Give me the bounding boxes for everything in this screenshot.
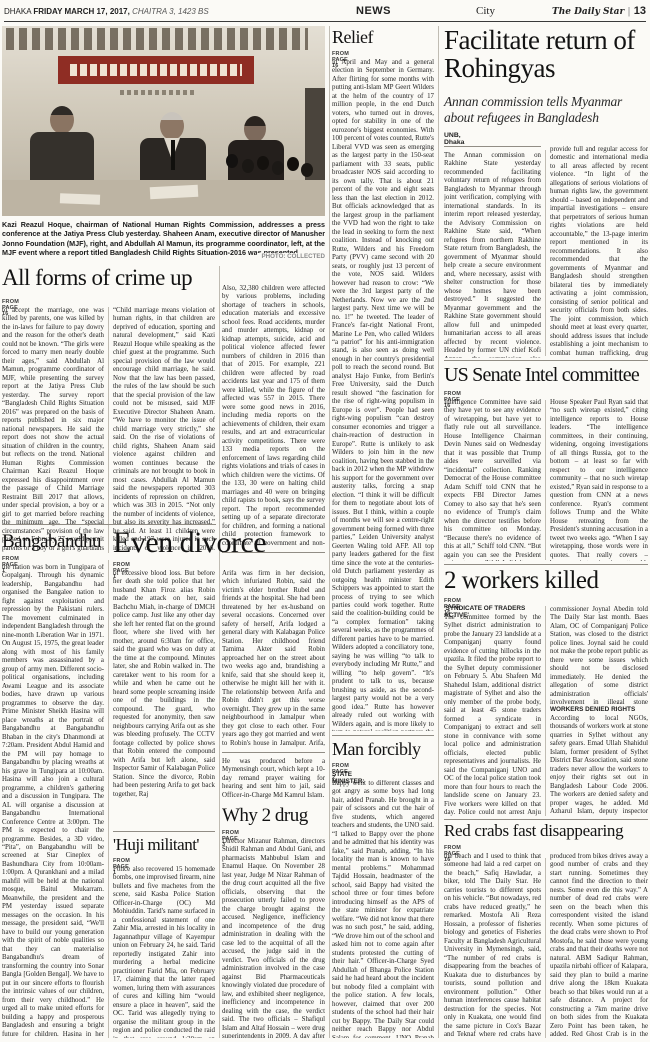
section-rule bbox=[444, 819, 648, 820]
workers-col2-part1: commissioner Joynal Abedin told The Dail… bbox=[550, 606, 648, 704]
photo-person-left-head bbox=[50, 106, 74, 134]
section-rule bbox=[444, 360, 648, 361]
section-rule bbox=[444, 564, 648, 565]
senate-col1: Intelligence Committee have said they ha… bbox=[444, 399, 541, 561]
forcibly-headline: Man forcibly bbox=[332, 740, 436, 759]
dateline-bangla-date: CHAITRA 3, 1423 BS bbox=[132, 7, 209, 16]
masthead-divider: | bbox=[627, 7, 630, 17]
huji-body: Police also recovered 15 homemade bombs,… bbox=[113, 866, 215, 1038]
photo-center-tie bbox=[171, 140, 175, 170]
photo-microphones bbox=[226, 154, 238, 168]
relief-headline: Relief bbox=[332, 28, 436, 47]
newspaper-page: DHAKA FRIDAY MARCH 17, 2017, CHAITRA 3, … bbox=[0, 0, 650, 1042]
photo-credit: PHOTO: COLLECTED bbox=[257, 253, 325, 261]
photo-backdrop-banner-text bbox=[6, 28, 308, 50]
divorce-headline: Even divorce bbox=[113, 527, 327, 558]
dateline-city: DHAKA bbox=[4, 7, 31, 16]
photo-banner-text bbox=[70, 64, 242, 76]
rohingya-headline: Facilitate return of Rohingyas bbox=[444, 26, 650, 82]
dateline-date: FRIDAY MARCH 17, 2017, bbox=[33, 7, 129, 16]
header-rule bbox=[4, 21, 646, 22]
masthead-title: The Daily Star bbox=[552, 7, 624, 17]
column-rule bbox=[108, 560, 109, 1038]
rohingya-col1: The Annan commission on Rakhine State ye… bbox=[444, 152, 541, 358]
page-number: 13 bbox=[634, 5, 646, 17]
workers-subhead-2: WORKERS DENIED RIGHTS bbox=[550, 706, 648, 713]
section-rule bbox=[222, 752, 325, 753]
section-rule bbox=[113, 831, 215, 832]
crime-col1: to accept the marriage, one was killed b… bbox=[2, 307, 104, 553]
column-rule bbox=[329, 26, 330, 1038]
drug-body: Director Mizanur Rahman, directors Shidi… bbox=[222, 838, 325, 1038]
section-rule bbox=[332, 735, 434, 736]
photo-caption: Kazi Reazul Hoque, chairman of National … bbox=[2, 220, 325, 262]
rohingya-subhead: Annan commission tells Myanmar about ref… bbox=[444, 94, 648, 125]
huji-tail: He was produced before a Mymensingh cour… bbox=[222, 758, 325, 802]
column-rule bbox=[438, 26, 439, 1038]
forcibly-body: Bappy went to different classes and got … bbox=[332, 780, 434, 1038]
section-label-city: City bbox=[476, 5, 495, 17]
divorce-col1: of excessive blood loss. But before her … bbox=[113, 570, 215, 828]
photo-caption-text: Kazi Reazul Hoque, chairman of National … bbox=[2, 220, 325, 257]
photo-person-right-head bbox=[244, 116, 266, 142]
dateline: DHAKA FRIDAY MARCH 17, 2017, CHAITRA 3, … bbox=[4, 7, 209, 16]
column-rule bbox=[108, 307, 109, 553]
bangabandhu-body: the nation was born in Tungipara of Gopa… bbox=[2, 564, 104, 1038]
masthead: The Daily Star | 13 bbox=[552, 5, 646, 17]
crabs-col2: produced from bikes drives away a good n… bbox=[550, 853, 648, 1038]
photo-person-center-head bbox=[160, 112, 184, 140]
senate-headline: US Senate Intel committee bbox=[444, 365, 650, 386]
senate-col2: House Speaker Paul Ryan said that “no su… bbox=[550, 399, 648, 561]
crabs-headline: Red crabs fast disappearing bbox=[444, 822, 650, 840]
page-header: DHAKA FRIDAY MARCH 17, 2017, CHAITRA 3, … bbox=[4, 2, 646, 20]
section-rule bbox=[222, 552, 325, 553]
crabs-col1: the beach and I used to think that someo… bbox=[444, 853, 541, 1038]
rohingya-col2: provide full and regular access for dome… bbox=[550, 146, 648, 358]
photo-paper-2 bbox=[60, 193, 100, 204]
workers-col2-part2: According to local NGOs, thousands of wo… bbox=[550, 715, 648, 816]
byline-rule bbox=[444, 146, 541, 147]
crime-col2: “Child marriage means violation of human… bbox=[113, 307, 215, 553]
photo-red-banner bbox=[58, 56, 254, 84]
rohingya-byline: UNB, Dhaka bbox=[444, 132, 464, 146]
workers-col1: The committee formed by the Sylhet distr… bbox=[444, 614, 541, 816]
drug-headline: Why 2 drug bbox=[222, 806, 326, 826]
crime-headline: All forms of crime up bbox=[2, 266, 218, 290]
relief-body: in April and May and a general election … bbox=[332, 59, 434, 731]
photo-paper bbox=[150, 185, 199, 199]
column-rule bbox=[545, 400, 546, 560]
crime-col3: Also, 32,380 children were affected by v… bbox=[222, 285, 325, 545]
section-label-news: NEWS bbox=[356, 5, 391, 17]
section-rule bbox=[2, 524, 216, 525]
column-rule bbox=[545, 606, 546, 816]
photo-banner-date bbox=[120, 90, 194, 95]
huji-headline: 'Huji militant' bbox=[113, 836, 235, 854]
column-rule bbox=[545, 150, 546, 356]
workers-headline: 2 workers killed bbox=[444, 568, 650, 594]
column-rule bbox=[545, 858, 546, 1038]
divorce-col2: Arifa was firm in her decision, which in… bbox=[222, 570, 325, 748]
bangabandhu-headline: Bangabandhu bbox=[2, 532, 108, 552]
column-rule bbox=[219, 266, 220, 1038]
press-conference-photo bbox=[2, 26, 325, 216]
